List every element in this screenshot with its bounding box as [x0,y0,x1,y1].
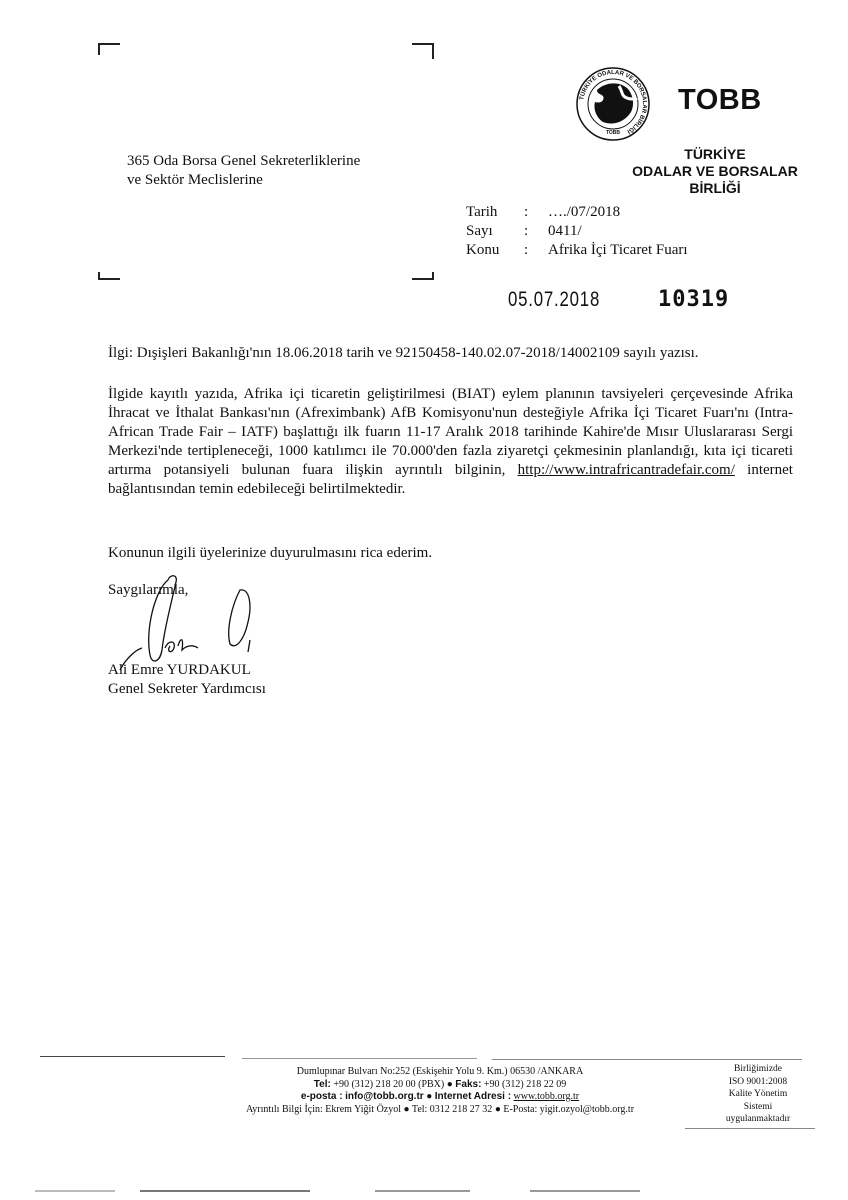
signer-block: Ali Emre YURDAKUL Genel Sekreter Yardımc… [108,661,266,699]
scan-artifact [375,1190,470,1192]
stamp-date: 05.07.2018 [508,288,604,312]
org-line-1: TÜRKİYE [615,146,815,163]
org-line-2: ODALAR VE BORSALAR [615,163,815,180]
recipient-line-2: ve Sektör Meclislerine [127,171,360,190]
footer-email-web: e-posta : info@tobb.org.tr ● Internet Ad… [200,1091,680,1104]
reference-line: İlgi: Dışişleri Bakanlığı'nın 18.06.2018… [108,345,808,362]
contact-email[interactable]: E-Posta: yigit.ozyol@tobb.org.tr [503,1104,634,1115]
contact-tel: Tel: 0312 218 27 32 [412,1104,492,1115]
number-label: Sayı [466,222,524,241]
fax-label: Faks: [455,1079,481,1090]
recipient-line-1: 365 Oda Borsa Genel Sekreterliklerine [127,152,360,171]
iso-line-2: ISO 9001:2008 [708,1076,808,1089]
footer-address: Dumlupınar Bulvarı No:252 (Eskişehir Yol… [200,1066,680,1079]
meta-subject-row: Konu : Afrika İçi Ticaret Fuarı [466,241,688,260]
svg-text:TOBB: TOBB [606,130,620,136]
iso-line-3: Kalite Yönetim [708,1088,808,1101]
tel-value: +90 (312) 218 20 00 (PBX) [333,1079,444,1090]
subject-label: Konu [466,241,524,260]
scan-artifact [140,1190,310,1192]
bullet-icon: ● [426,1091,432,1102]
website-link[interactable]: www.tobb.org.tr [514,1091,580,1102]
org-line-3: BİRLİĞİ [615,180,815,197]
iso-underline [685,1128,815,1129]
iso-certification-note: Birliğimizde ISO 9001:2008 Kalite Yöneti… [708,1063,808,1126]
recipient-block: 365 Oda Borsa Genel Sekreterliklerine ve… [127,152,360,190]
scan-artifact [530,1190,640,1192]
iso-line-4: Sistemi [708,1101,808,1114]
subject-value: Afrika İçi Ticaret Fuarı [548,241,688,260]
footer-divider [40,1056,225,1057]
iso-line-1: Birliğimizde [708,1063,808,1076]
contact-person: Ayrıntılı Bilgi İçin: Ekrem Yiğit Özyol [246,1104,401,1115]
address-window-corner-top-left [98,43,120,55]
meta-number-row: Sayı : 0411/ [466,222,688,241]
address-window-corner-top-right [412,43,434,59]
address-window-corner-bottom-right [412,272,434,280]
footer-divider [242,1058,477,1059]
email-link[interactable]: info@tobb.org.tr [345,1091,424,1102]
tobb-wordmark: TOBB [678,84,762,117]
tel-label: Tel: [314,1079,331,1090]
signer-title: Genel Sekreter Yardımcısı [108,680,266,699]
email-label: e-posta : [301,1091,343,1102]
bullet-icon: ● [447,1079,453,1090]
meta-date-row: Tarih : …./07/2018 [466,203,688,222]
bullet-icon: ● [495,1104,501,1115]
received-stamp: 05.07.2018 10319 [508,287,729,312]
bullet-icon: ● [404,1104,410,1115]
footer-phone-fax: Tel: +90 (312) 218 20 00 (PBX) ● Faks: +… [200,1079,680,1092]
footer-divider [492,1059,802,1060]
footer-contact: Dumlupınar Bulvarı No:252 (Eskişehir Yol… [200,1066,680,1116]
colon: : [524,203,548,222]
signer-name: Ali Emre YURDAKUL [108,661,266,680]
colon: : [524,222,548,241]
fair-website-link[interactable]: http://www.intrafricantradefair.com/ [518,462,735,478]
organization-name: TÜRKİYE ODALAR VE BORSALAR BİRLİĞİ [615,146,815,197]
stamp-number: 10319 [658,287,729,312]
body-paragraph: İlgide kayıtlı yazıda, Afrika içi ticare… [108,385,793,499]
web-label: Internet Adresi : [435,1091,511,1102]
letter-meta: Tarih : …./07/2018 Sayı : 0411/ Konu : A… [466,203,688,260]
date-value: …./07/2018 [548,203,620,222]
closing-sentence: Konunun ilgili üyelerinize duyurulmasını… [108,545,432,562]
address-window-corner-bottom-left [98,272,120,280]
colon: : [524,241,548,260]
fax-value: +90 (312) 218 22 09 [484,1079,566,1090]
footer-contact-person: Ayrıntılı Bilgi İçin: Ekrem Yiğit Özyol … [200,1104,680,1117]
number-value: 0411/ [548,222,582,241]
tobb-seal-icon: TÜRKİYE ODALAR VE BORSALAR BİRLİĞİ TOBB [575,66,651,142]
date-label: Tarih [466,203,524,222]
iso-line-5: uygulanmaktadır [708,1113,808,1126]
scan-artifact [35,1190,115,1192]
